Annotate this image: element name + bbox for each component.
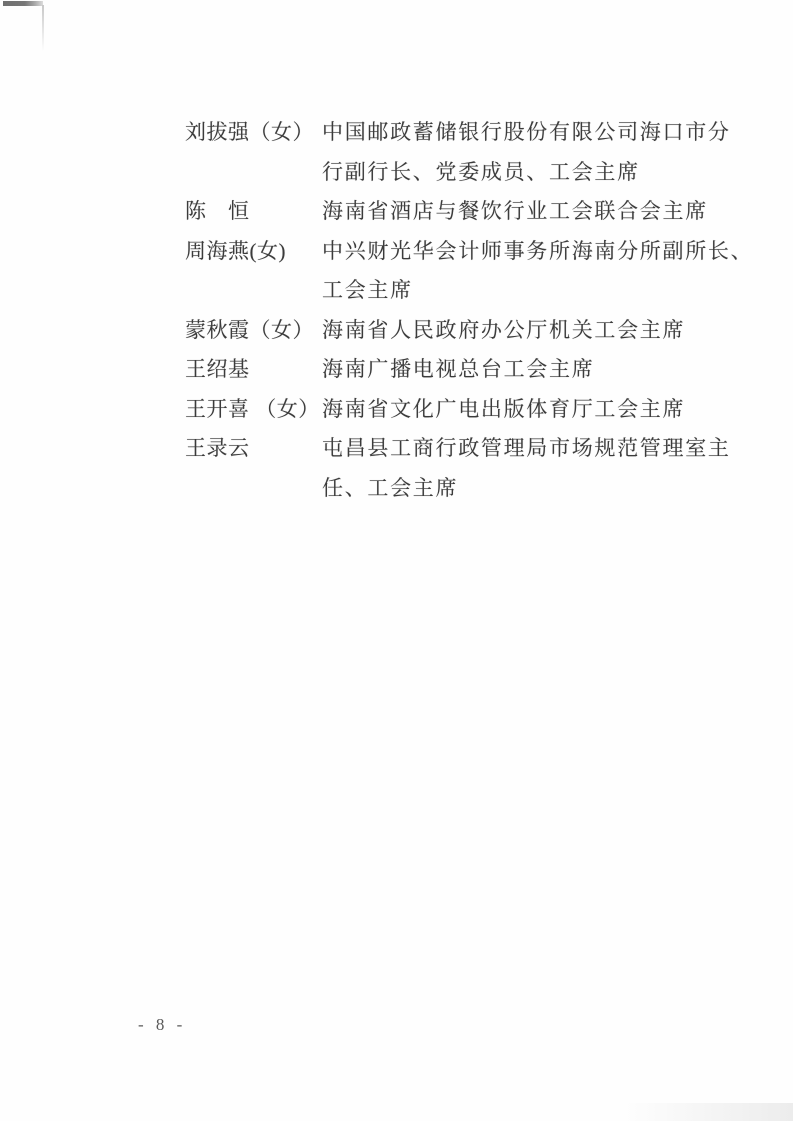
roster-entry: 刘拔强（女） 中国邮政蓄储银行股份有限公司海口市分 行副行长、党委成员、工会主席 — [185, 113, 753, 192]
person-name: 蒙秋霞（女） — [185, 311, 322, 351]
roster-entry: 王录云 屯昌县工商行政管理局市场规范管理室主 任、工会主席 — [185, 429, 753, 508]
person-title: 屯昌县工商行政管理局市场规范管理室主 任、工会主席 — [322, 429, 731, 508]
person-name: 刘拔强（女） — [185, 113, 322, 153]
scan-artifact-top-left-bar — [3, 1, 43, 6]
title-line: 海南省人民政府办公厅机关工会主席 — [322, 311, 685, 351]
chairperson-roster: 刘拔强（女） 中国邮政蓄储银行股份有限公司海口市分 行副行长、党委成员、工会主席… — [185, 113, 753, 508]
roster-entry: 周海燕(女) 中兴财光华会计师事务所海南分所副所长、 工会主席 — [185, 232, 753, 311]
person-title: 海南广播电视总台工会主席 — [322, 350, 594, 390]
person-title: 海南省酒店与餐饮行业工会联合会主席 — [322, 192, 708, 232]
person-title: 中国邮政蓄储银行股份有限公司海口市分 行副行长、党委成员、工会主席 — [322, 113, 731, 192]
title-line: 中兴财光华会计师事务所海南分所副所长、 — [322, 232, 753, 272]
title-line: 任、工会主席 — [322, 469, 731, 509]
title-line: 屯昌县工商行政管理局市场规范管理室主 — [322, 429, 731, 469]
page-number: - 8 - — [138, 1013, 186, 1037]
scan-artifact-bottom-right-smudge — [623, 1103, 793, 1121]
person-name: 陈 恒 — [185, 192, 322, 232]
roster-entry: 王绍基 海南广播电视总台工会主席 — [185, 350, 753, 390]
person-name: 王开喜 （女） — [185, 390, 322, 430]
person-title: 中兴财光华会计师事务所海南分所副所长、 工会主席 — [322, 232, 753, 311]
scanned-document-page: 刘拔强（女） 中国邮政蓄储银行股份有限公司海口市分 行副行长、党委成员、工会主席… — [0, 0, 793, 1121]
person-name: 周海燕(女) — [185, 232, 322, 272]
person-name: 王绍基 — [185, 350, 322, 390]
title-line: 海南广播电视总台工会主席 — [322, 350, 594, 390]
title-line: 海南省酒店与餐饮行业工会联合会主席 — [322, 192, 708, 232]
person-name: 王录云 — [185, 429, 322, 469]
title-line: 中国邮政蓄储银行股份有限公司海口市分 — [322, 113, 731, 153]
roster-entry: 蒙秋霞（女） 海南省人民政府办公厅机关工会主席 — [185, 311, 753, 351]
title-line: 工会主席 — [322, 271, 753, 311]
roster-entry: 陈 恒 海南省酒店与餐饮行业工会联合会主席 — [185, 192, 753, 232]
title-line: 行副行长、党委成员、工会主席 — [322, 153, 731, 193]
title-line: 海南省文化广电出版体育厅工会主席 — [322, 390, 685, 430]
scan-artifact-vertical-streak — [42, 5, 44, 51]
person-title: 海南省文化广电出版体育厅工会主席 — [322, 390, 685, 430]
roster-entry: 王开喜 （女） 海南省文化广电出版体育厅工会主席 — [185, 390, 753, 430]
person-title: 海南省人民政府办公厅机关工会主席 — [322, 311, 685, 351]
